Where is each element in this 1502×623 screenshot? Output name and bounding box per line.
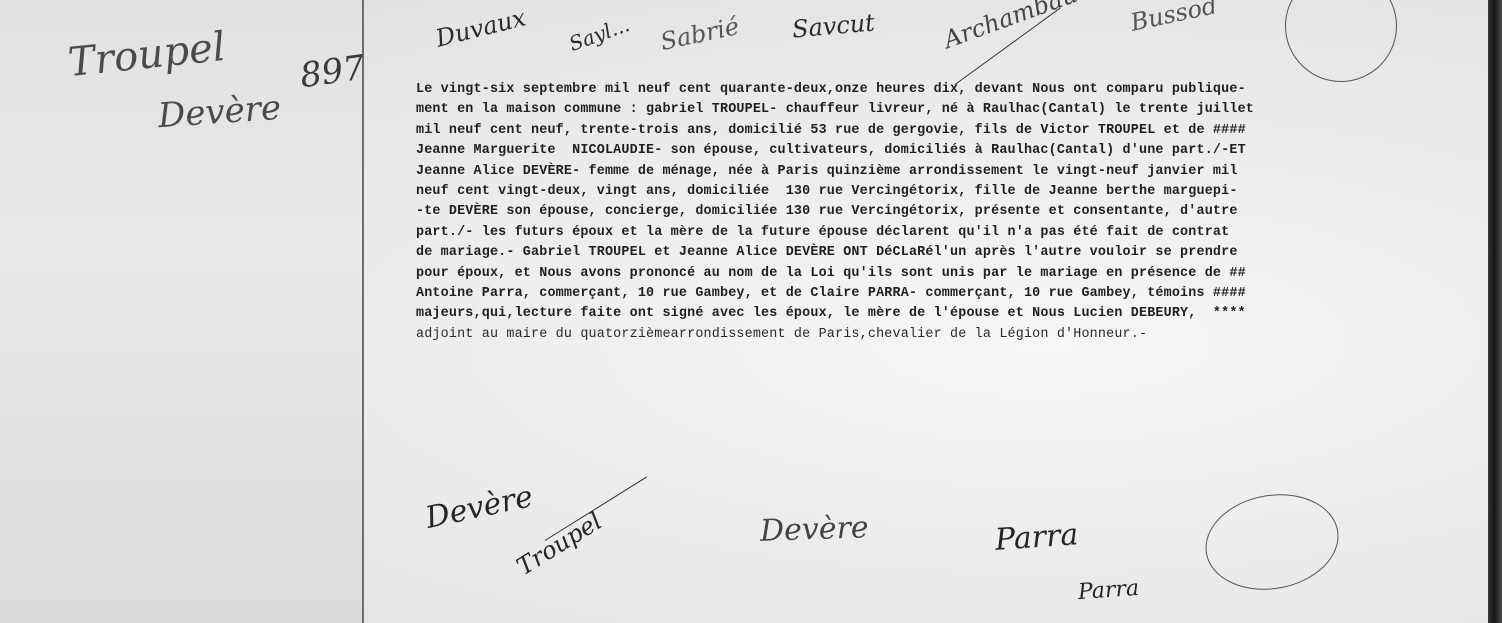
- register-page: Troupel Devère 897 Duvaux Sayl... Sabrié…: [0, 0, 1488, 623]
- top-signature: Savcut: [791, 8, 876, 43]
- text-line: Jeanne Marguerite NICOLAUDIE- son épouse…: [416, 141, 1491, 161]
- text-line: -te DEVÈRE son épouse, concierge, domici…: [416, 202, 1491, 222]
- text-line: adjoint au maire du quatorzièmearrondiss…: [416, 325, 1491, 345]
- text-line: pour époux, et Nous avons prononcé au no…: [416, 264, 1491, 284]
- top-signature: Sayl...: [566, 12, 633, 56]
- top-signature: Bussod: [1128, 0, 1219, 37]
- text-line: majeurs,qui,lecture faite ont signé avec…: [416, 304, 1491, 324]
- text-line: part./- les futurs époux et la mère de l…: [416, 223, 1491, 243]
- margin-rule: [362, 0, 364, 623]
- record-body-text: Le vingt-six septembre mil neuf cent qua…: [416, 80, 1491, 345]
- official-initials-flourish: [1198, 484, 1346, 600]
- official-initials-flourish: [1276, 0, 1406, 91]
- text-line: neuf cent vingt-deux, vingt ans, domicil…: [416, 182, 1491, 202]
- top-signature: Duvaux: [433, 3, 529, 52]
- text-line: Jeanne Alice DEVÈRE- femme de ménage, né…: [416, 162, 1491, 182]
- bottom-signature: Parra: [994, 517, 1080, 558]
- margin-name-bride: Devère: [157, 88, 283, 136]
- top-signature: Sabrié: [658, 12, 742, 56]
- register-binding: [1488, 0, 1502, 623]
- bottom-signature: Devère: [423, 479, 537, 536]
- text-line: Antoine Parra, commerçant, 10 rue Gambey…: [416, 284, 1491, 304]
- text-line: mil neuf cent neuf, trente-trois ans, do…: [416, 121, 1491, 141]
- bottom-signature: Parra: [1077, 576, 1140, 605]
- top-signature: Archambault: [940, 0, 1097, 54]
- text-line: ment en la maison commune : gabriel TROU…: [416, 100, 1491, 120]
- text-line: Le vingt-six septembre mil neuf cent qua…: [416, 80, 1491, 100]
- bottom-signature: Devère: [759, 510, 869, 549]
- text-line: de mariage.- Gabriel TROUPEL et Jeanne A…: [416, 243, 1491, 263]
- bottom-signature: Troupel: [512, 507, 607, 581]
